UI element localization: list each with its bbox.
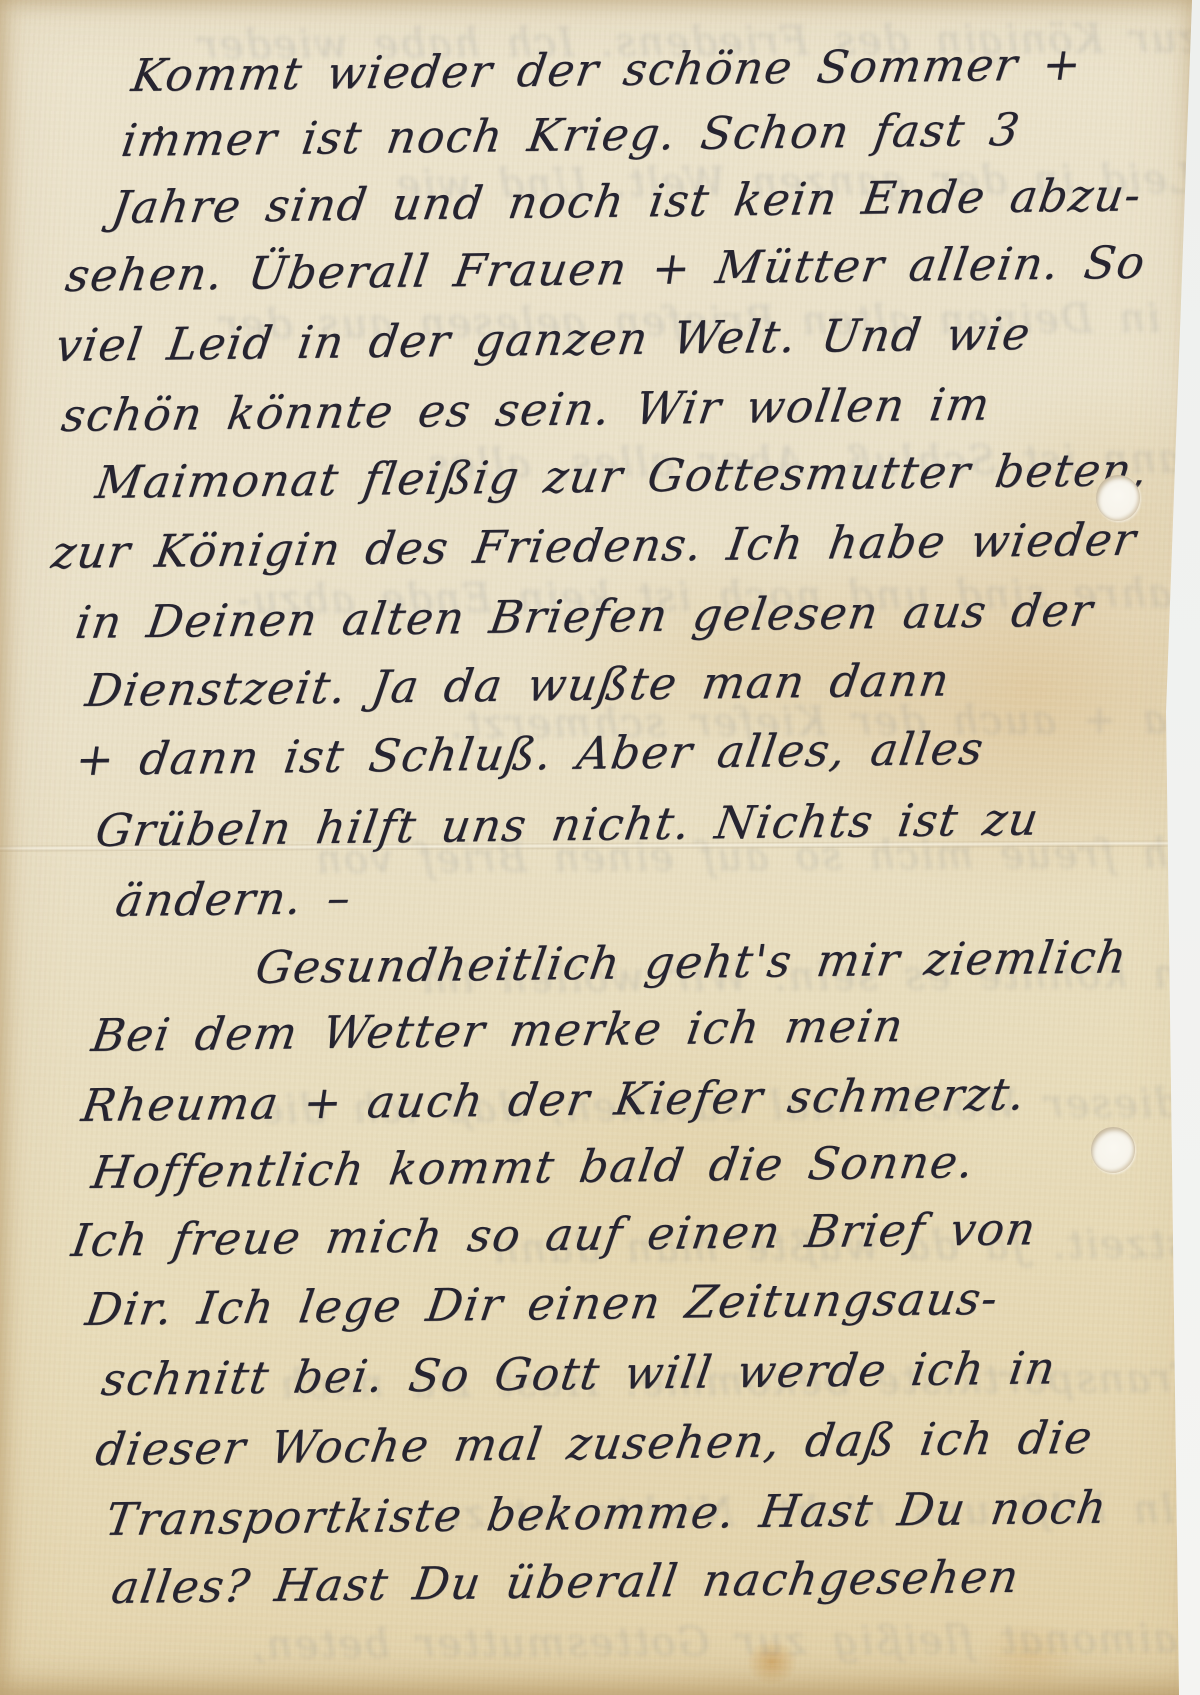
handwritten-line: sehen. Überall Frauen + Mütter allein. S… bbox=[62, 235, 1150, 304]
handwritten-line: Gesundheitlich geht's mir ziemlich bbox=[252, 929, 1131, 996]
handwritten-line: dieser Woche mal zusehen, daß ich die bbox=[92, 1410, 1097, 1478]
handwritten-line: alles? Hast Du überall nachgesehen bbox=[108, 1549, 1023, 1616]
handwritten-line: immer ist noch Krieg. Schon fast 3 bbox=[118, 102, 1024, 169]
bleedthrough-line: zur Königin des Friedens. Ich habe wiede… bbox=[0, 16, 1200, 71]
bleedthrough-line: Transportkiste bekomme. Hast Du noch bbox=[0, 1356, 1200, 1411]
bleedthrough-line: Jahre sind und noch ist kein Ende abzu- bbox=[0, 571, 1190, 626]
handwritten-line: ändern. – bbox=[112, 870, 356, 929]
bleedthrough-line: dieser Woche mal zusehen, daß ich die bbox=[0, 1081, 1180, 1136]
handwritten-line: schnitt bei. So Gott will werde ich in bbox=[98, 1340, 1060, 1408]
bleedthrough-line: Grübeln hilft uns nicht. Nichts ist zu bbox=[70, 1486, 1200, 1541]
bleedthrough-line: Rheuma + auch der Kiefer schmerzt. bbox=[80, 696, 1200, 751]
letter-paper: zur Königin des Friedens. Ich habe wiede… bbox=[0, 0, 1200, 1695]
bleedthrough-line: Ich freue mich so auf einen Brief von bbox=[0, 831, 1200, 886]
handwritten-line: Maimonat fleißig zur Gottesmutter beten, bbox=[92, 442, 1152, 511]
bleedthrough-line: in Deinen alten Briefen gelesen aus der bbox=[0, 296, 1160, 351]
handwritten-line: Dienstzeit. Ja da wußte man dann bbox=[82, 652, 954, 719]
bleedthrough-line: Maimonat fleißig zur Gottesmutter beten, bbox=[0, 1616, 1200, 1671]
handwritten-line: schön könnte es sein. Wir wollen im bbox=[58, 377, 994, 444]
handwritten-line: Grübeln hilft uns nicht. Nichts ist zu bbox=[92, 791, 1043, 859]
handwritten-line: Hoffentlich kommt bald die Sonne. bbox=[88, 1134, 978, 1201]
scanned-letter-page: zur Königin des Friedens. Ich habe wiede… bbox=[0, 0, 1200, 1695]
handwritten-line: viel Leid in der ganzen Welt. Und wie bbox=[52, 306, 1035, 374]
ink-speck bbox=[158, 126, 163, 132]
handwritten-line: Rheuma + auch der Kiefer schmerzt. bbox=[78, 1066, 1030, 1134]
handwritten-line: Transportkiste bekomme. Hast Du noch bbox=[102, 1480, 1111, 1548]
ink-bleedthrough-layer: zur Königin des Friedens. Ich habe wiede… bbox=[0, 0, 1200, 1695]
handwriting-layer: Kommt wieder der schöne Sommer + immer i… bbox=[0, 0, 1200, 1695]
handwritten-line: Kommt wieder der schöne Sommer + bbox=[128, 36, 1086, 104]
handwritten-line: Dir. Ich lege Dir einen Zeitungsaus- bbox=[82, 1271, 1002, 1338]
handwritten-line: in Deinen alten Briefen gelesen aus der bbox=[72, 582, 1097, 651]
bleedthrough-line: schön könnte es sein. Wir wollen im bbox=[40, 951, 1200, 1006]
fold-crease bbox=[0, 840, 1180, 851]
punch-hole-top bbox=[1096, 475, 1140, 521]
handwritten-line: Ich freue mich so auf einen Brief von bbox=[68, 1201, 1040, 1269]
handwritten-line: zur Königin des Friedens. Ich habe wiede… bbox=[48, 512, 1140, 581]
handwritten-line: Bei dem Wetter merke ich mein bbox=[88, 998, 908, 1064]
bleedthrough-line: + dann ist Schluß. Aber alles, alles bbox=[30, 436, 1200, 491]
handwritten-line: + dann ist Schluß. Aber alles, alles bbox=[72, 721, 988, 788]
handwritten-line: Jahre sind und noch ist kein Ende abzu- bbox=[108, 167, 1146, 236]
bleedthrough-line: viel Leid in der ganzen Welt. Und wie bbox=[60, 156, 1200, 211]
bleedthrough-line: Dienstzeit. Ja da wußte man dann bbox=[50, 1221, 1200, 1276]
punch-hole-bottom bbox=[1088, 1124, 1138, 1176]
